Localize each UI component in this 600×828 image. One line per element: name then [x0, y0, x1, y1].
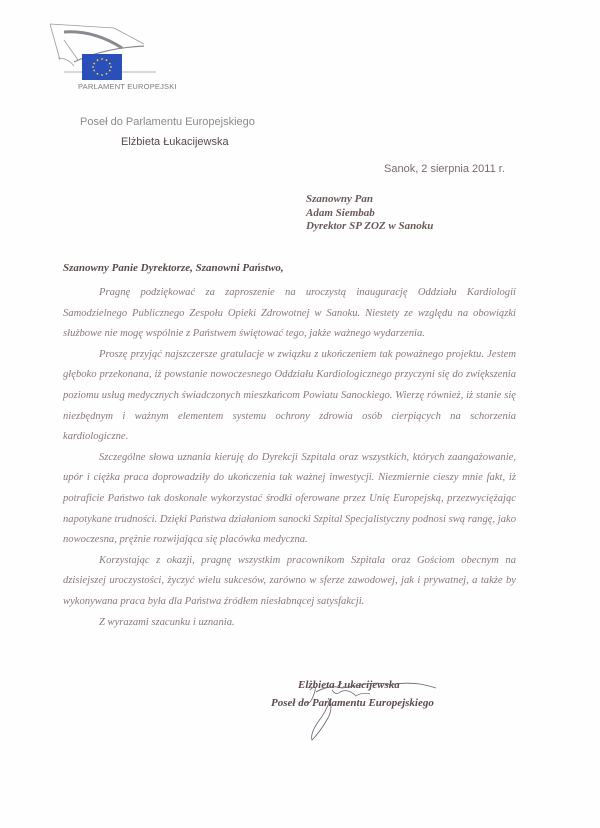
letter-body: Pragnę podziękować za zaproszenie na uro…: [63, 283, 516, 633]
closing-line: Z wyrazami szacunku i uznania.: [63, 613, 516, 634]
letter-date: Sanok, 2 sierpnia 2011 r.: [384, 163, 505, 175]
signature-role: Poseł do Parlamentu Europejskiego: [271, 697, 434, 709]
sender-role: Poseł do Parlamentu Europejskiego: [80, 116, 255, 128]
paragraph: Korzystając z okazji, pragnę wszystkim p…: [63, 551, 516, 613]
recipient-salutation: Szanowny Pan: [306, 193, 433, 207]
paragraph: Pragnę podziękować za zaproszenie na uro…: [63, 283, 516, 345]
logo-caption: PARLAMENT EUROPEJSKI: [78, 82, 177, 91]
letter-page: PARLAMENT EUROPEJSKI Poseł do Parlamentu…: [0, 0, 600, 828]
paragraph: Proszę przyjąć najszczersze gratulacje w…: [63, 345, 516, 448]
recipient-name: Adam Siembab: [306, 207, 433, 221]
recipient-title: Dyrektor SP ZOZ w Sanoku: [306, 220, 433, 234]
sender-name: Elżbieta Łukacijewska: [121, 136, 229, 148]
recipient-block: Szanowny Pan Adam Siembab Dyrektor SP ZO…: [306, 193, 433, 234]
greeting: Szanowny Panie Dyrektorze, Szanowni Pańs…: [63, 262, 284, 274]
signature-name: Elżbieta Łukacijewska: [298, 679, 400, 691]
paragraph: Szczególne słowa uznania kieruję do Dyre…: [63, 448, 516, 551]
